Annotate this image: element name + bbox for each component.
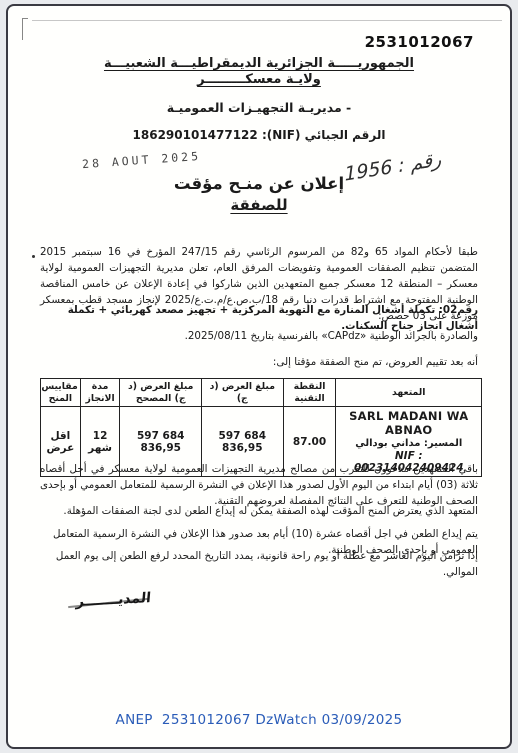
announcement-subtitle: للصفقة [8,196,510,214]
date-stamp: 28 AOUT 2025 [82,149,202,171]
directorate-title: - مديريـة التجهيـزات العموميـة [8,100,510,115]
award-intro-line: أنه بعد تقييم العروض، تم منح الصفقة مؤقت… [40,354,478,370]
scan-artifact-line [32,20,502,21]
col-header-technical-score: النقطة التقنية [283,379,336,407]
col-header-bidder: المتعهد [336,379,482,407]
appeal-right-line: المتعهد الذي يعترض المنح المؤقت لهذه الص… [40,503,478,519]
col-header-criteria: مقاييس المنح [41,379,81,407]
announcement-title: إعلان عن منـح مؤقت [8,174,510,193]
scan-artifact-dot [32,255,35,258]
bidder-name: SARL MADANI WA ABNAO [338,409,479,437]
scanned-document-page: 2531012067 الجمهوريـــــة الجزائرية الدي… [6,4,512,749]
other-bidders-paragraph: باقي المتعهدين مدعوون للتقرب من مصالح مد… [40,461,478,509]
bidder-manager: المسير: مداني بودالي [338,438,479,449]
col-header-corrected-amount: مبلغ العرض (د ج) المصحح [120,379,202,407]
anep-publication-number: 2531012067 [365,33,474,51]
col-header-offer-amount: مبلغ العرض (د ج) [202,379,284,407]
scan-artifact-corner [22,18,28,40]
document-header: الجمهوريـــــة الجزائرية الديمقراطيـــة … [8,56,510,142]
award-table-header-row: المتعهد النقطة التقنية مبلغ العرض (د ج) … [41,379,482,407]
publication-line: والصادرة بالجرائد الوطنية «CAPdz» بالفرن… [40,328,478,344]
holiday-extension-line: إذا تزامن اليوم العاشر مع عطلة أو يوم را… [40,548,478,580]
director-signature: المديـــــــر [75,590,151,610]
republic-title: الجمهوريـــــة الجزائرية الديمقراطيـــة … [8,56,510,71]
anep-footer-line: ANEP 2531012067 DzWatch 03/09/2025 [8,712,510,728]
tax-id-line: الرقم الجبائي (NIF): 186290101477122 [8,128,510,142]
wilaya-title: ولايـة معسكـــــــــر [8,72,510,87]
col-header-duration: مدة الانجاز [80,379,120,407]
